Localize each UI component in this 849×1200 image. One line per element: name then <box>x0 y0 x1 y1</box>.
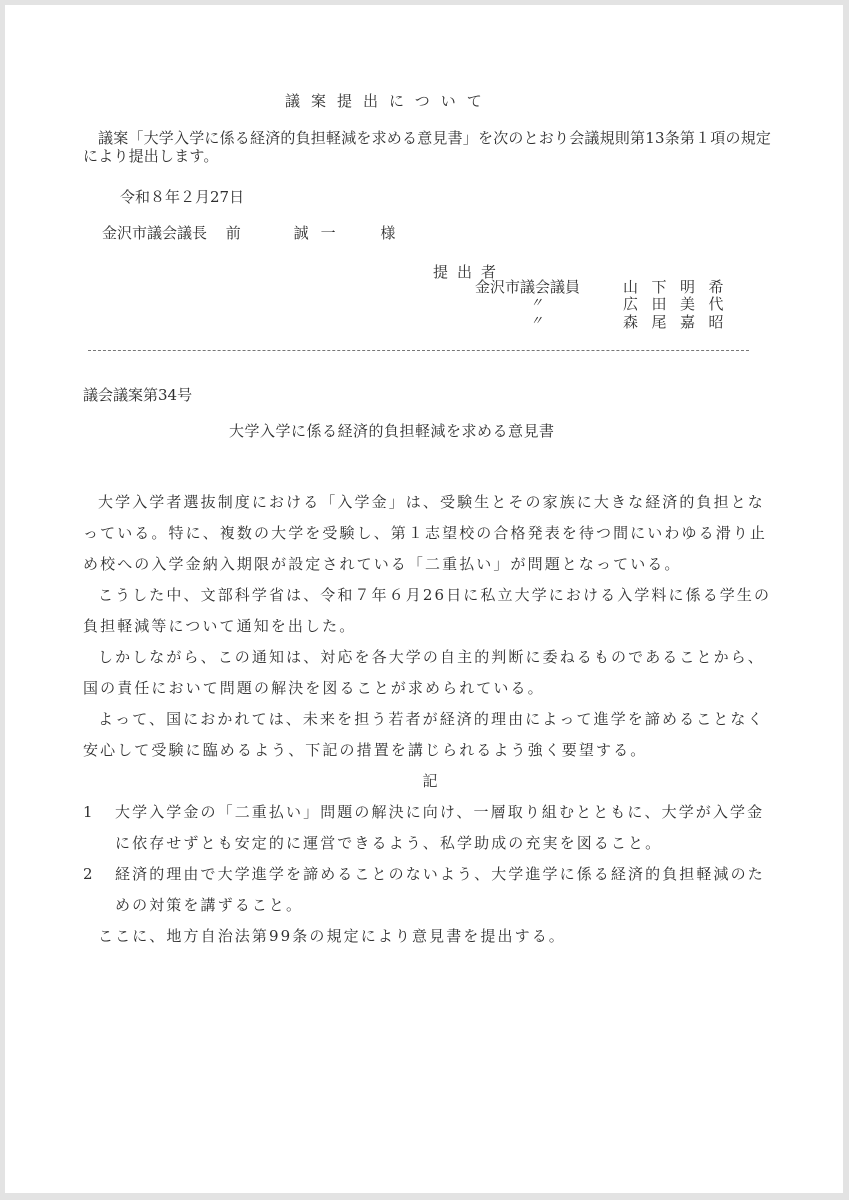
submitter-name: 森尾嘉昭 <box>623 313 737 331</box>
cover-title: 議案提出について <box>285 92 493 110</box>
item-number: 1 <box>83 797 101 859</box>
request-item: 2 経済的理由で大学進学を諦めることのないよう、大学進学に係る経済的負担軽減のた… <box>83 859 777 921</box>
addressee: 金沢市議会議長 前 誠一 様 <box>102 224 395 242</box>
resolution-title: 大学入学に係る経済的負担軽減を求める意見書 <box>229 422 555 440</box>
request-item: 1 大学入学金の「二重払い」問題の解決に向け、一層取り組むとともに、大学が入学金… <box>83 797 777 859</box>
ditto-mark: 〃 <box>530 295 543 313</box>
closing-statement: ここに、地方自治法第99条の規定により意見書を提出する。 <box>83 921 777 952</box>
cover-intro: 議案「大学入学に係る経済的負担軽減を求める意見書」を次のとおり会議規則第13条第… <box>83 129 783 165</box>
item-number: 2 <box>83 859 101 921</box>
addressee-given-name: 誠一 <box>294 224 348 242</box>
addressee-honorific: 様 <box>380 224 395 242</box>
submitter-name: 山下明希 <box>623 278 737 296</box>
submitter-name: 広田美代 <box>623 295 737 313</box>
item-text: 経済的理由で大学進学を諦めることのないよう、大学進学に係る経済的負担軽減のための… <box>115 859 777 921</box>
body-paragraph: 大学入学者選抜制度における「入学金」は、受験生とその家族に大きな経済的負担となっ… <box>83 487 777 580</box>
ditto-mark: 〃 <box>530 313 543 331</box>
addressee-family-name: 前 <box>226 224 241 242</box>
item-text: 大学入学金の「二重払い」問題の解決に向け、一層取り組むとともに、大学が入学金に依… <box>115 797 777 859</box>
submitter-row: 金沢市議会議員 山下明希 <box>5 278 843 296</box>
body-paragraph: しかしながら、この通知は、対応を各大学の自主的判断に委ねるものであることから、国… <box>83 642 777 704</box>
submitter-row: 〃 森尾嘉昭 <box>5 313 843 331</box>
dashed-divider <box>88 350 749 351</box>
submission-date: 令和８年２月27日 <box>120 188 244 206</box>
bill-number: 議会議案第34号 <box>83 386 192 404</box>
body-paragraph: こうした中、文部科学省は、令和７年６月26日に私立大学における入学料に係る学生の… <box>83 580 777 642</box>
addressee-organization: 金沢市議会議長 <box>102 224 207 242</box>
submitter-role: 金沢市議会議員 <box>475 278 605 296</box>
ki-heading: 記 <box>83 766 777 797</box>
resolution-body: 大学入学者選抜制度における「入学金」は、受験生とその家族に大きな経済的負担となっ… <box>83 487 777 952</box>
body-paragraph: よって、国におかれては、未来を担う若者が経済的理由によって進学を諦めることなく安… <box>83 704 777 766</box>
document-page: 議案提出について 議案「大学入学に係る経済的負担軽減を求める意見書」を次のとおり… <box>5 5 843 1193</box>
submitter-row: 〃 広田美代 <box>5 295 843 313</box>
